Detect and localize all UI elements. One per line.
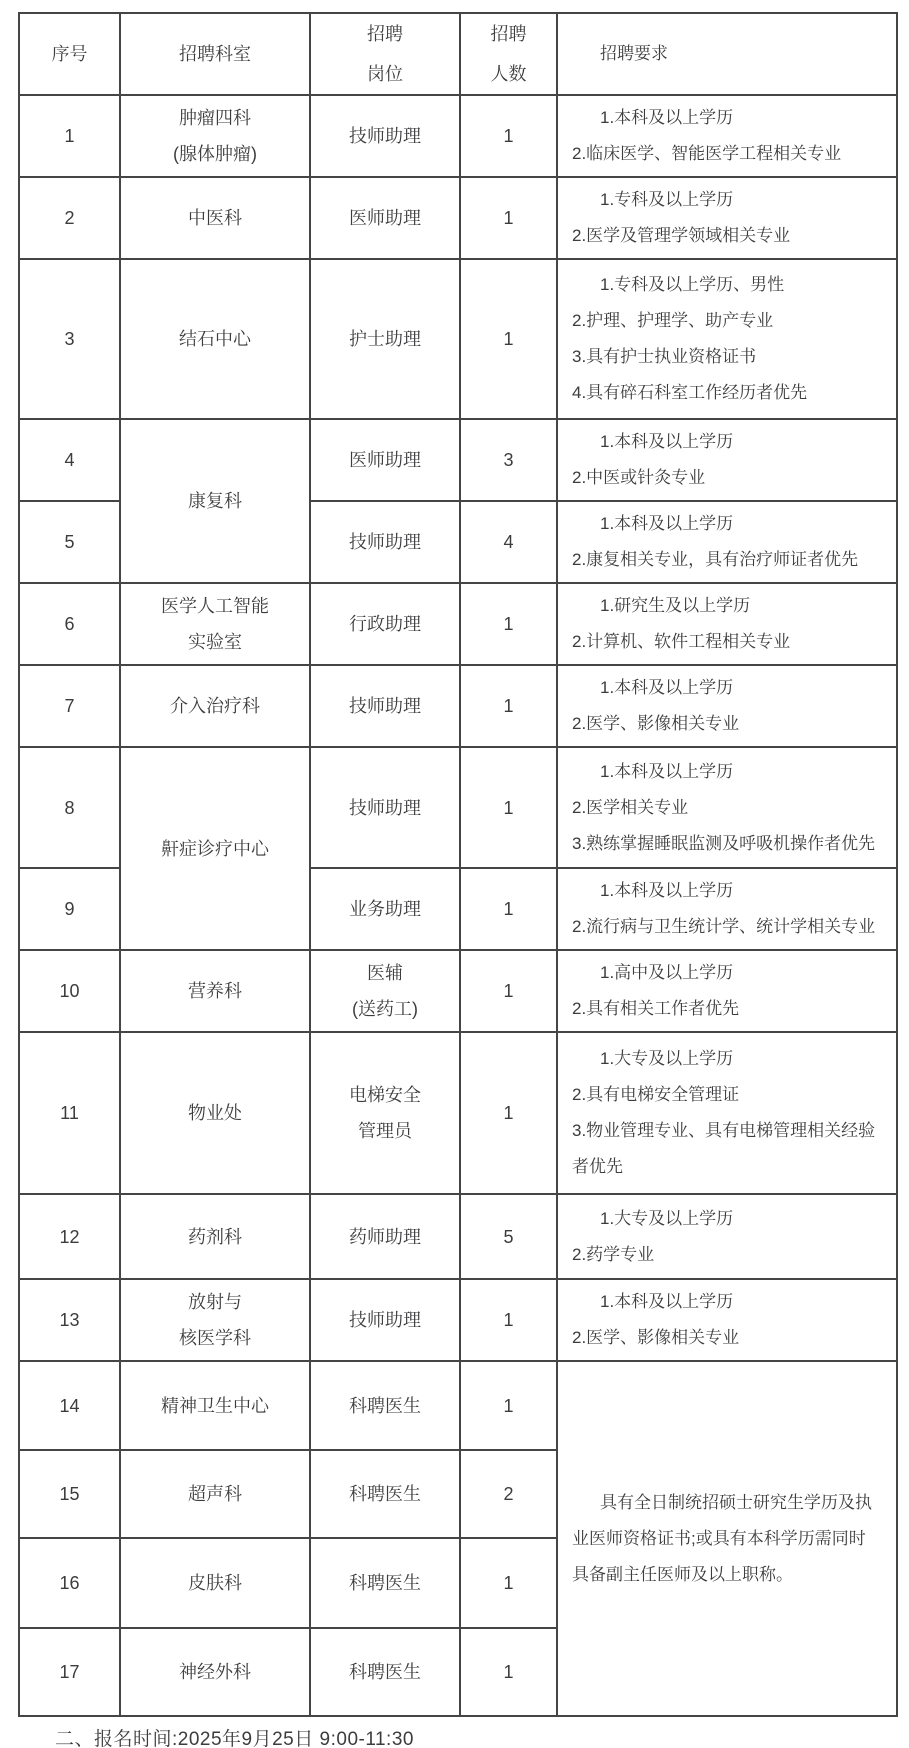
cell-num: 1	[460, 177, 557, 259]
cell-num: 1	[460, 1361, 557, 1450]
table-row: 4 康复科 医师助理 3 1.本科及以上学历 2.中医或针灸专业	[19, 419, 897, 501]
registration-time-note: 二、报名时间:2025年9月25日 9:00-11:30	[55, 1727, 909, 1748]
cell-dept: 康复科	[120, 419, 310, 583]
cell-pos: 技师助理	[310, 95, 460, 177]
recruitment-table: 序号 招聘科室 招聘 岗位 招聘 人数 招聘要求 1 肿瘤四科 (腺体肿瘤) 技…	[18, 12, 898, 1717]
cell-pos: 科聘医生	[310, 1628, 460, 1716]
cell-req: 具有全日制统招硕士研究生学历及执业医师资格证书;或具有本科学历需同时具备副主任医…	[557, 1361, 897, 1716]
cell-num: 1	[460, 868, 557, 950]
cell-dept: 鼾症诊疗中心	[120, 747, 310, 950]
cell-num: 1	[460, 747, 557, 868]
cell-req: 1.本科及以上学历 2.中医或针灸专业	[557, 419, 897, 501]
cell-seq: 4	[19, 419, 120, 501]
table-row: 6 医学人工智能 实验室 行政助理 1 1.研究生及以上学历 2.计算机、软件工…	[19, 583, 897, 665]
cell-num: 1	[460, 665, 557, 747]
cell-seq: 15	[19, 1450, 120, 1538]
cell-seq: 8	[19, 747, 120, 868]
cell-seq: 1	[19, 95, 120, 177]
cell-seq: 9	[19, 868, 120, 950]
cell-seq: 5	[19, 501, 120, 583]
table-row: 7 介入治疗科 技师助理 1 1.本科及以上学历 2.医学、影像相关专业	[19, 665, 897, 747]
table-row: 13 放射与 核医学科 技师助理 1 1.本科及以上学历 2.医学、影像相关专业	[19, 1279, 897, 1361]
cell-req: 1.本科及以上学历 2.医学、影像相关专业	[557, 1279, 897, 1361]
cell-seq: 16	[19, 1538, 120, 1628]
cell-pos: 药师助理	[310, 1194, 460, 1279]
header-dept: 招聘科室	[120, 13, 310, 95]
cell-num: 1	[460, 1279, 557, 1361]
cell-req: 1.本科及以上学历 2.临床医学、智能医学工程相关专业	[557, 95, 897, 177]
cell-pos: 医师助理	[310, 177, 460, 259]
cell-pos: 医辅 (送药工)	[310, 950, 460, 1032]
cell-num: 1	[460, 1628, 557, 1716]
cell-num: 1	[460, 950, 557, 1032]
cell-pos: 科聘医生	[310, 1450, 460, 1538]
cell-pos: 护士助理	[310, 259, 460, 419]
cell-dept: 放射与 核医学科	[120, 1279, 310, 1361]
cell-dept: 药剂科	[120, 1194, 310, 1279]
cell-seq: 7	[19, 665, 120, 747]
cell-num: 1	[460, 259, 557, 419]
cell-seq: 13	[19, 1279, 120, 1361]
cell-dept: 营养科	[120, 950, 310, 1032]
cell-dept: 神经外科	[120, 1628, 310, 1716]
cell-pos: 业务助理	[310, 868, 460, 950]
cell-dept: 肿瘤四科 (腺体肿瘤)	[120, 95, 310, 177]
cell-dept: 医学人工智能 实验室	[120, 583, 310, 665]
cell-pos: 医师助理	[310, 419, 460, 501]
cell-dept: 皮肤科	[120, 1538, 310, 1628]
cell-seq: 2	[19, 177, 120, 259]
cell-num: 1	[460, 583, 557, 665]
cell-pos: 电梯安全 管理员	[310, 1032, 460, 1194]
cell-dept: 超声科	[120, 1450, 310, 1538]
table-row: 10 营养科 医辅 (送药工) 1 1.高中及以上学历 2.具有相关工作者优先	[19, 950, 897, 1032]
cell-seq: 10	[19, 950, 120, 1032]
cell-num: 4	[460, 501, 557, 583]
table-row: 1 肿瘤四科 (腺体肿瘤) 技师助理 1 1.本科及以上学历 2.临床医学、智能…	[19, 95, 897, 177]
header-pos: 招聘 岗位	[310, 13, 460, 95]
cell-num: 5	[460, 1194, 557, 1279]
header-num: 招聘 人数	[460, 13, 557, 95]
cell-seq: 14	[19, 1361, 120, 1450]
table-row: 11 物业处 电梯安全 管理员 1 1.大专及以上学历 2.具有电梯安全管理证 …	[19, 1032, 897, 1194]
cell-num: 1	[460, 1032, 557, 1194]
table-row: 12 药剂科 药师助理 5 1.大专及以上学历 2.药学专业	[19, 1194, 897, 1279]
cell-seq: 17	[19, 1628, 120, 1716]
table-header-row: 序号 招聘科室 招聘 岗位 招聘 人数 招聘要求	[19, 13, 897, 95]
cell-num: 2	[460, 1450, 557, 1538]
table-row: 14 精神卫生中心 科聘医生 1 具有全日制统招硕士研究生学历及执业医师资格证书…	[19, 1361, 897, 1450]
cell-req: 1.专科及以上学历 2.医学及管理学领域相关专业	[557, 177, 897, 259]
table-row: 3 结石中心 护士助理 1 1.专科及以上学历、男性 2.护理、护理学、助产专业…	[19, 259, 897, 419]
cell-pos: 科聘医生	[310, 1361, 460, 1450]
cell-dept: 结石中心	[120, 259, 310, 419]
cell-pos: 行政助理	[310, 583, 460, 665]
cell-pos: 技师助理	[310, 501, 460, 583]
cell-req: 1.本科及以上学历 2.医学、影像相关专业	[557, 665, 897, 747]
recruitment-table-page: 序号 招聘科室 招聘 岗位 招聘 人数 招聘要求 1 肿瘤四科 (腺体肿瘤) 技…	[0, 0, 909, 1748]
cell-num: 1	[460, 1538, 557, 1628]
table-row: 2 中医科 医师助理 1 1.专科及以上学历 2.医学及管理学领域相关专业	[19, 177, 897, 259]
cell-dept: 中医科	[120, 177, 310, 259]
header-req: 招聘要求	[557, 13, 897, 95]
header-seq: 序号	[19, 13, 120, 95]
cell-req: 1.大专及以上学历 2.药学专业	[557, 1194, 897, 1279]
cell-req: 1.本科及以上学历 2.康复相关专业，具有治疗师证者优先	[557, 501, 897, 583]
cell-req: 1.专科及以上学历、男性 2.护理、护理学、助产专业 3.具有护士执业资格证书 …	[557, 259, 897, 419]
cell-pos: 技师助理	[310, 665, 460, 747]
cell-num: 3	[460, 419, 557, 501]
cell-seq: 3	[19, 259, 120, 419]
table-row: 8 鼾症诊疗中心 技师助理 1 1.本科及以上学历 2.医学相关专业 3.熟练掌…	[19, 747, 897, 868]
cell-pos: 技师助理	[310, 747, 460, 868]
cell-pos: 科聘医生	[310, 1538, 460, 1628]
cell-dept: 精神卫生中心	[120, 1361, 310, 1450]
cell-req: 1.本科及以上学历 2.医学相关专业 3.熟练掌握睡眠监测及呼吸机操作者优先	[557, 747, 897, 868]
cell-req: 1.高中及以上学历 2.具有相关工作者优先	[557, 950, 897, 1032]
cell-req: 1.研究生及以上学历 2.计算机、软件工程相关专业	[557, 583, 897, 665]
cell-seq: 6	[19, 583, 120, 665]
cell-seq: 11	[19, 1032, 120, 1194]
cell-pos: 技师助理	[310, 1279, 460, 1361]
cell-dept: 介入治疗科	[120, 665, 310, 747]
cell-req: 1.大专及以上学历 2.具有电梯安全管理证 3.物业管理专业、具有电梯管理相关经…	[557, 1032, 897, 1194]
cell-dept: 物业处	[120, 1032, 310, 1194]
cell-req: 1.本科及以上学历 2.流行病与卫生统计学、统计学相关专业	[557, 868, 897, 950]
cell-num: 1	[460, 95, 557, 177]
cell-seq: 12	[19, 1194, 120, 1279]
